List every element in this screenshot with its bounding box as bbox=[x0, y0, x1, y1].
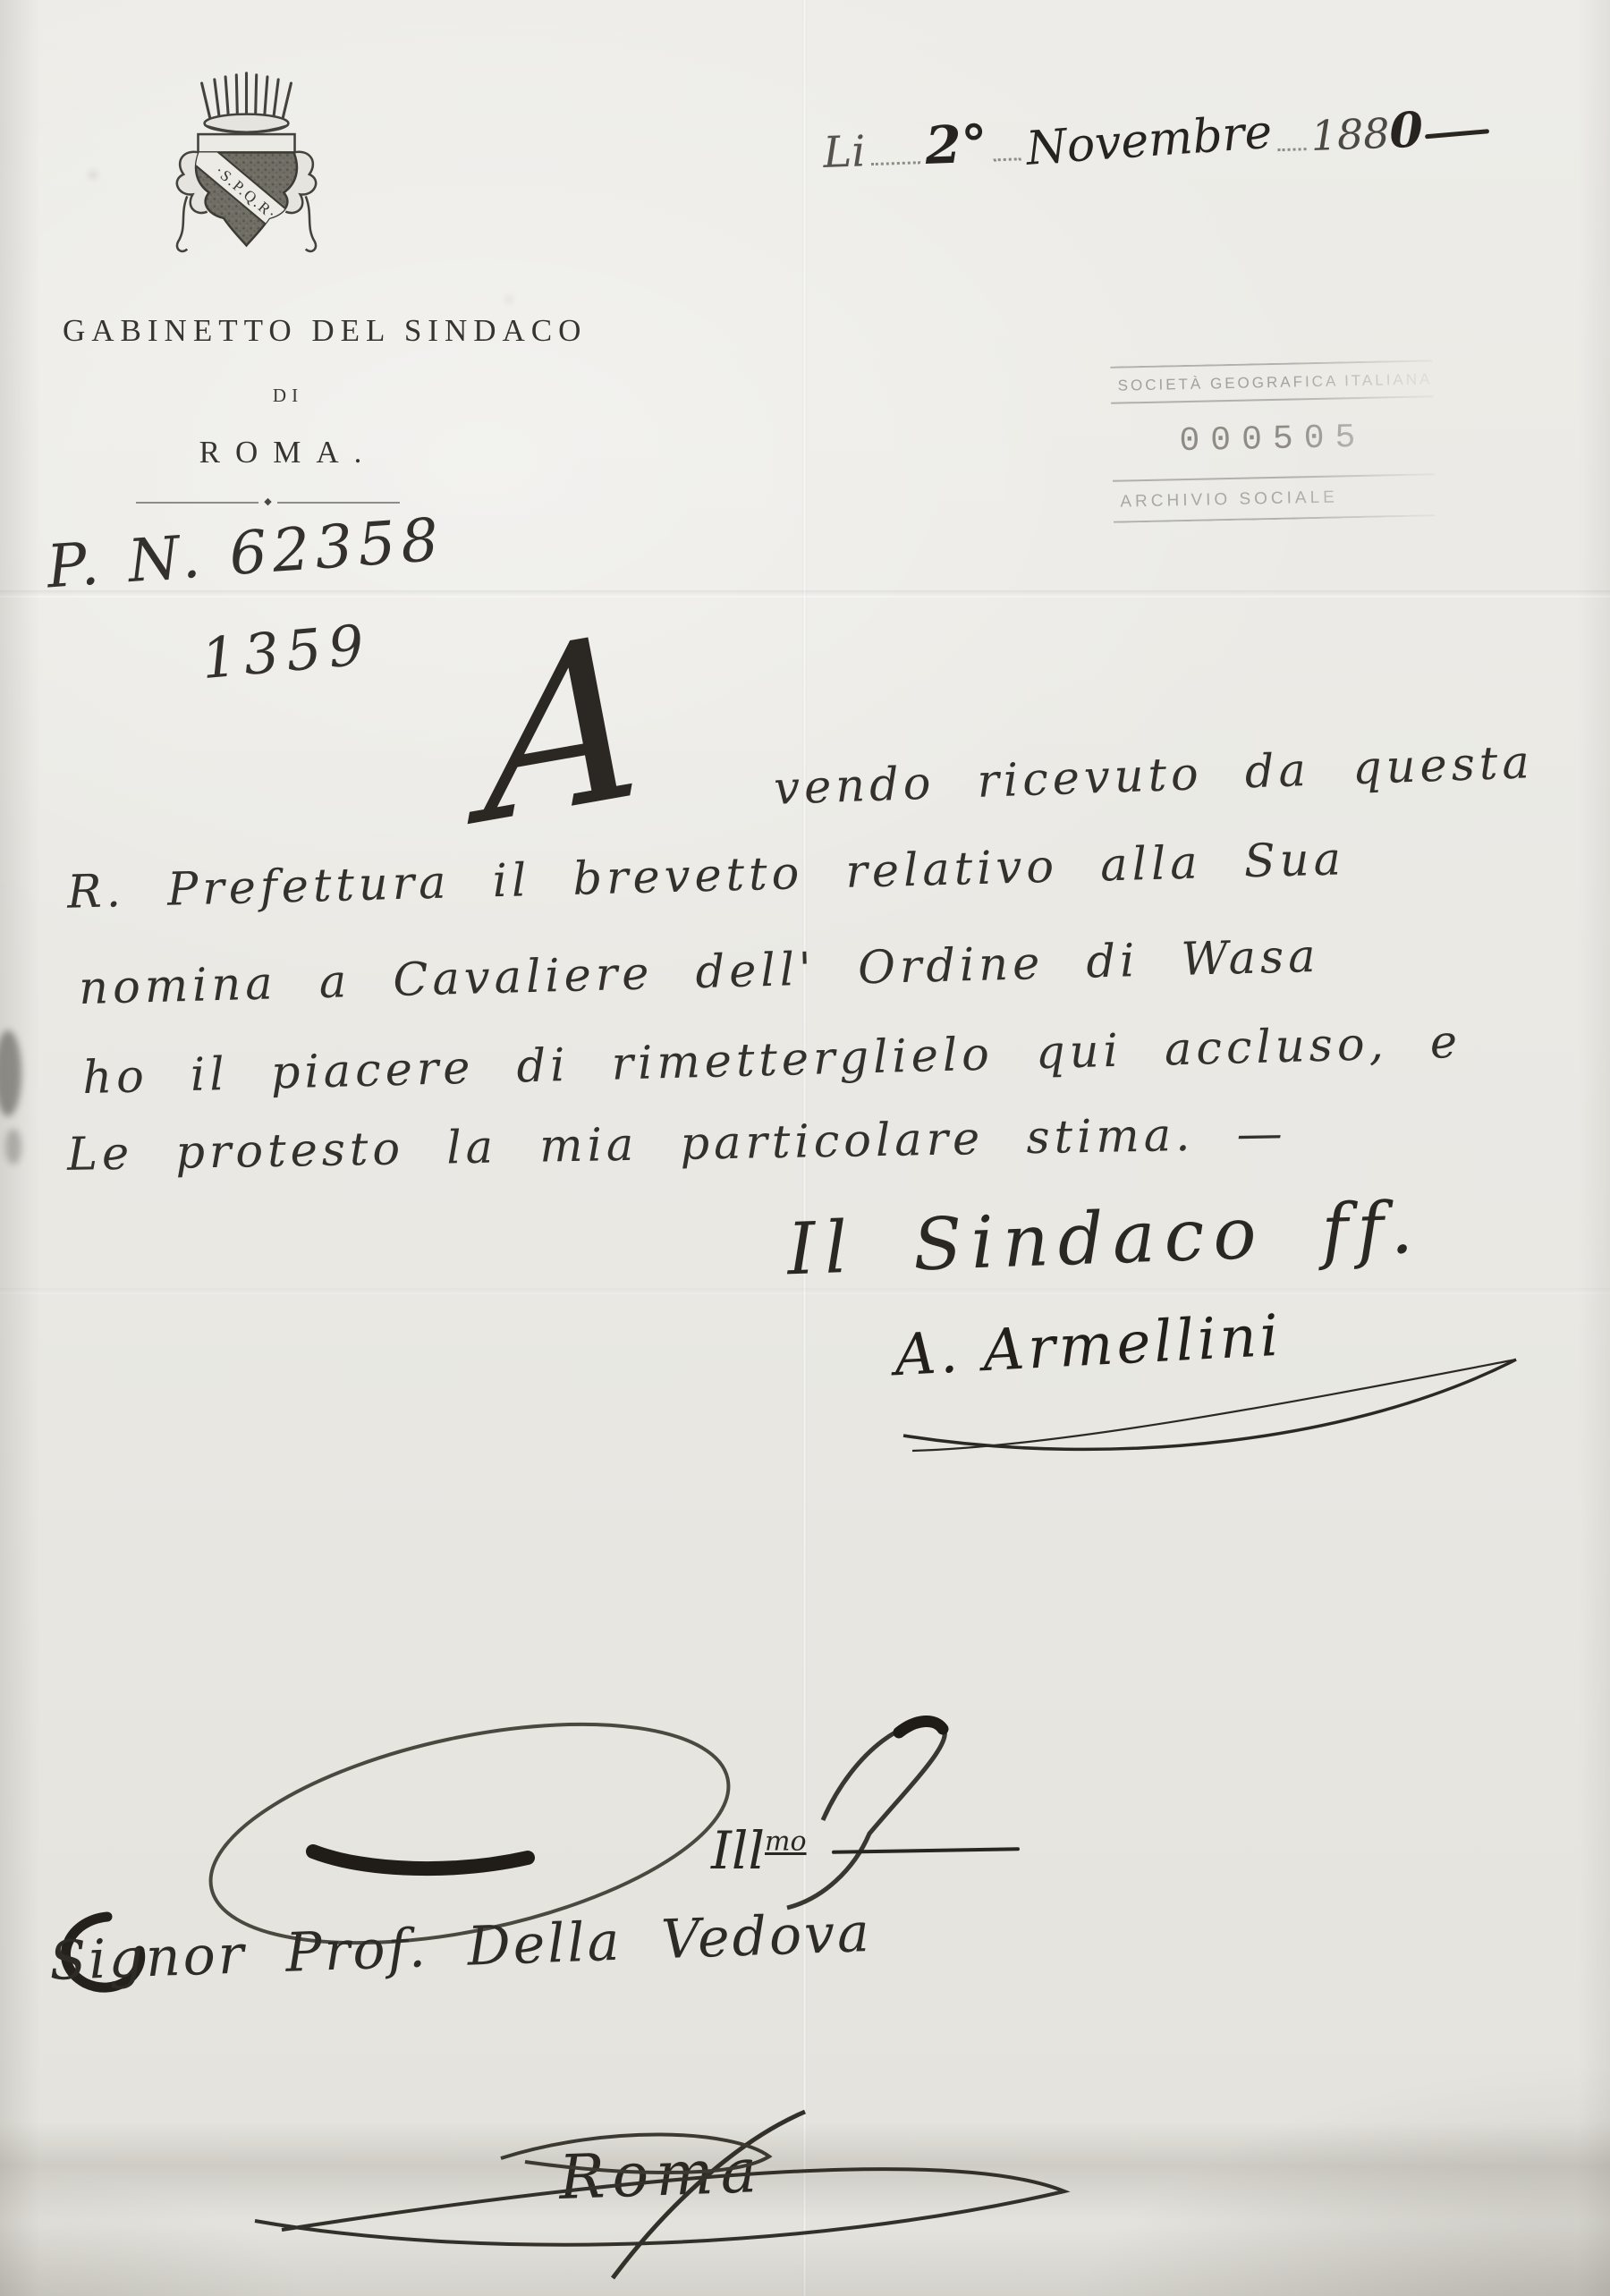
dotted-rule bbox=[1278, 147, 1307, 151]
protocol-number-secondary: 1359 bbox=[199, 612, 373, 691]
spqr-coat-of-arms-icon: ·S.P.Q.R· bbox=[132, 36, 360, 273]
honorific-superscript: mo bbox=[765, 1826, 807, 1858]
divider-rule bbox=[136, 502, 258, 504]
stamp-organization: SOCIETÀ GEOGRAFICA ITALIANA bbox=[1110, 360, 1433, 404]
letterhead-city: ROMA. bbox=[64, 435, 512, 470]
letterhead-divider: ◆ bbox=[136, 497, 400, 507]
ink-smudge bbox=[5, 1129, 21, 1165]
honorific-base: Ill bbox=[711, 1820, 765, 1881]
roma-underline-flourish-icon bbox=[228, 2106, 1131, 2285]
paper-spot bbox=[89, 172, 97, 178]
dateline-year-printed: 188 bbox=[1310, 109, 1391, 160]
closing-role: Il Sindaco ff. bbox=[786, 1186, 1423, 1292]
addressee-honorific: Illmo bbox=[711, 1820, 1020, 1881]
body-line: nomina a Cavaliere dell' Ordine di Wasa bbox=[78, 930, 1320, 1015]
archive-stamp: SOCIETÀ GEOGRAFICA ITALIANA 000505 ARCHI… bbox=[1110, 360, 1436, 523]
dotted-rule bbox=[871, 160, 920, 165]
body-line: R. Prefettura il brevetto relativo alla … bbox=[66, 833, 1345, 919]
divider-ornament: ◆ bbox=[264, 497, 271, 507]
body-line: ho il piacere di rimetterglielo qui accl… bbox=[81, 1016, 1462, 1105]
body-line: Le protesto la mia particolare stima. — bbox=[67, 1107, 1287, 1182]
dateline-day: 2° bbox=[924, 114, 988, 176]
stamp-archive-label: ARCHIVIO SOCIALE bbox=[1113, 473, 1436, 523]
letterhead-office: GABINETTO DEL SINDACO bbox=[63, 313, 514, 349]
pen-stroke bbox=[1425, 129, 1489, 139]
protocol-number: P. N. 62358 bbox=[45, 505, 446, 602]
scanned-letter-page: ·S.P.Q.R· GABINETTO DEL SINDACO DI ROMA.… bbox=[0, 0, 1610, 2296]
ink-smudge bbox=[0, 1030, 21, 1116]
pen-stroke bbox=[832, 1847, 1020, 1854]
dateline-month: Novembre bbox=[1024, 106, 1274, 176]
dotted-rule bbox=[993, 157, 1021, 161]
letterhead-preposition: DI bbox=[64, 385, 512, 407]
signature-flourish-icon bbox=[890, 1333, 1534, 1467]
paper-crease-horizontal bbox=[0, 590, 1610, 597]
body-initial-capital: A bbox=[484, 601, 643, 856]
stamp-number: 000505 bbox=[1111, 397, 1435, 480]
dateline: Li 2° Novembre 188 0 bbox=[822, 96, 1490, 180]
paper-spot bbox=[506, 297, 512, 302]
body-line: vendo ricevuto da questa bbox=[773, 736, 1534, 816]
divider-rule bbox=[277, 502, 400, 504]
dateline-prefix: Li bbox=[822, 126, 866, 178]
dateline-year-digit: 0 bbox=[1388, 101, 1424, 159]
